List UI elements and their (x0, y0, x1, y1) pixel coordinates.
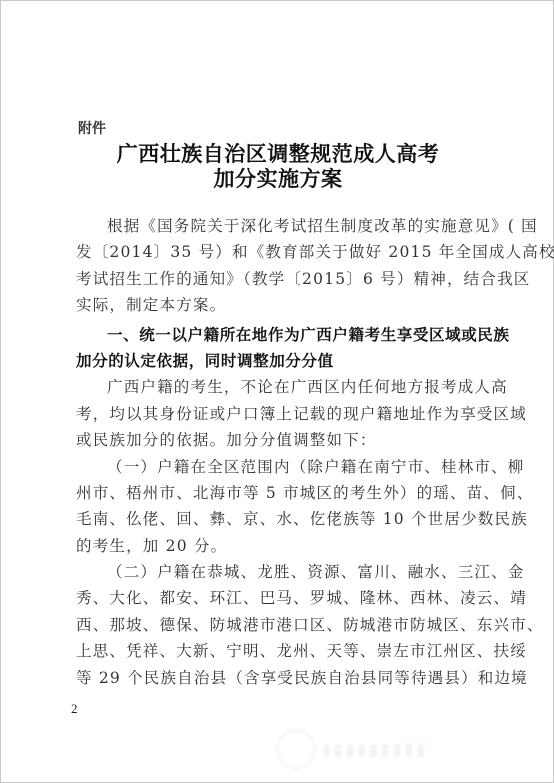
paragraph-line: 秀、大化、都安、环江、巴马、罗城、隆林、西林、凌云、靖 (76, 585, 476, 611)
watermark-seal-icon (276, 729, 316, 769)
paragraph-line: 考试招生工作的通知》（教学〔2015〕6 号）精神，结合我区 (76, 266, 476, 292)
paragraph-line: 州市、梧州市、北海市等 5 市城区的考生外）的瑶、苗、侗、 (76, 480, 476, 506)
section-heading-line: 一、统一以户籍所在地作为广西户籍考生享受区域或民族 (76, 322, 476, 348)
paragraph-line: 广西户籍的考生，不论在广西区内任何地方报考成人高 (76, 374, 476, 400)
paragraph-line: 毛南、仫佬、回、彝、京、水、仡佬族等 10 个世居少数民族 (76, 506, 476, 532)
paragraph-line: 发〔2014〕35 号）和《教育部关于做好 2015 年全国成人高校 (76, 239, 476, 265)
watermark-text-shape: ▮▮▮▮▮▮▮▮▮ (322, 740, 428, 759)
document-page: 附件 广西壮族自治区调整规范成人高考 加分实施方案 根据《国务院关于深化考试招生… (0, 0, 554, 783)
attachment-label: 附件 (78, 118, 106, 138)
section-heading-line: 加分的认定依据，同时调整加分分值 (76, 348, 476, 374)
paragraph-line: 等 29 个民族自治县（含享受民族自治县同等待遇县）和边境 (76, 665, 476, 691)
page-number: 2 (71, 701, 78, 717)
watermark: ▮▮▮▮▮▮▮▮▮ (276, 729, 428, 769)
document-title-line-2: 加分实施方案 (1, 163, 554, 193)
paragraph-line: 的考生，加 20 分。 (76, 533, 476, 559)
document-body: 根据《国务院关于深化考试招生制度改革的实施意见》( 国 发〔2014〕35 号）… (76, 213, 476, 691)
paragraph-line: 西、那坡、德保、防城港市港口区、防城港市防城区、东兴市、 (76, 612, 476, 638)
paragraph-line: 考，均以其身份证或户口簿上记载的现户籍地址作为享受区域 (76, 401, 476, 427)
paragraph-line: 根据《国务院关于深化考试招生制度改革的实施意见》( 国 (76, 213, 476, 239)
paragraph-line: 或民族加分的依据。加分分值调整如下： (76, 427, 476, 453)
paragraph-line: 实际，制定本方案。 (76, 292, 476, 318)
paragraph-line: 上思、凭祥、大新、宁明、龙州、天等、崇左市江州区、扶绥 (76, 638, 476, 664)
paragraph-line: （一）户籍在全区范围内（除户籍在南宁市、桂林市、柳 (76, 454, 476, 480)
paragraph-line: （二）户籍在恭城、龙胜、资源、富川、融水、三江、金 (76, 559, 476, 585)
